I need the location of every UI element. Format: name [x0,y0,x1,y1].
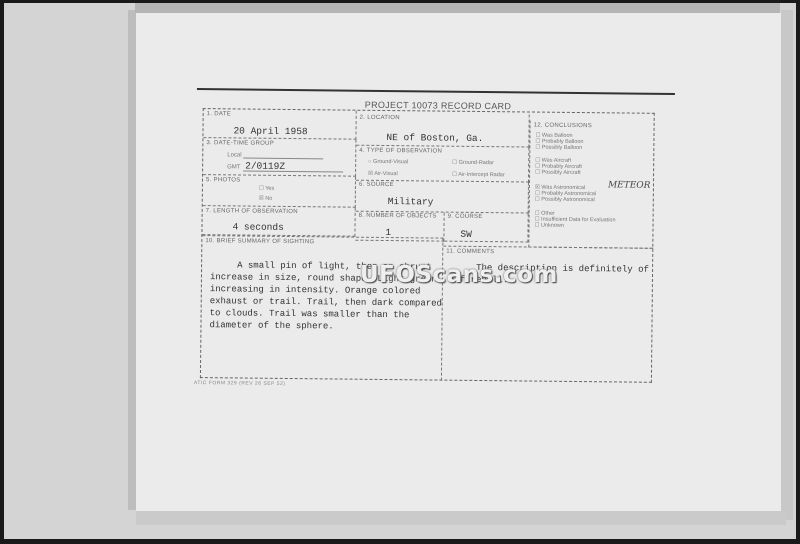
course-value: SW [460,229,472,240]
card-grid: 1. DATE 20 April 1958 2. LOCATION NE of … [200,108,655,383]
local-line [243,158,323,160]
photos-cell: 5. PHOTOS ☐ Yes ☒ No [203,175,356,208]
source-label: 6. SOURCE [359,182,394,188]
conclusions-label: 12. CONCLUSIONS [534,123,593,130]
conclusion-unknown[interactable]: ☐ Unknown [535,223,564,229]
date-time-group-cell: 3. DATE-TIME GROUP Local GMT 2/0119Z [203,138,356,177]
type-of-observation-cell: 4. TYPE OF OBSERVATION ○ Ground-Visual ☐… [356,146,529,183]
course-cell: 9. COURSE SW [444,213,528,243]
form-number: ATIC FORM 329 (REV 26 SEP 52) [194,380,286,387]
card-top-rule [197,88,675,95]
photos-yes-option[interactable]: ☐ Yes [259,186,274,192]
location-label: 2. LOCATION [360,115,400,121]
conclusion-possibly-balloon[interactable]: ☐ Possibly Balloon [535,145,582,151]
gmt-line [243,171,343,173]
comments-label: 11. COMMENTS [446,249,494,256]
conclusion-possibly-astronomical[interactable]: ☐ Possibly Astronomical [535,197,595,204]
local-label: Local [227,152,241,158]
number-of-objects-label: 8. NUMBER OF OBJECTS [359,213,437,220]
record-card: PROJECT 10073 RECORD CARD 1. DATE 20 Apr… [192,84,675,409]
watermark: UFOScans.com [360,262,558,288]
page-right-edge [781,10,793,520]
date-time-group-label: 3. DATE-TIME GROUP [206,140,274,147]
length-of-observation-cell: 7. LENGTH OF OBSERVATION 4 seconds [202,206,355,237]
photos-label: 5. PHOTOS [206,177,241,183]
source-cell: 6. SOURCE Military [356,181,529,214]
conclusion-possibly-aircraft[interactable]: ☐ Possibly Aircraft [535,170,581,176]
length-of-observation-label: 7. LENGTH OF OBSERVATION [206,208,298,215]
date-value: 20 April 1958 [233,125,307,137]
brief-summary-label: 10. BRIEF SUMMARY OF SIGHTING [205,238,314,245]
date-cell: 1. DATE 20 April 1958 [203,109,356,140]
course-label: 9. COURSE [448,214,483,220]
location-cell: 2. LOCATION NE of Boston, Ga. [356,113,529,148]
location-value: NE of Boston, Ga. [386,132,483,144]
page-top-strip [135,3,780,13]
page-left-shadow [128,10,136,510]
date-label: 1. DATE [207,111,231,117]
type-of-observation-label: 4. TYPE OF OBSERVATION [359,148,442,155]
ground-radar-option[interactable]: ☐ Ground-Radar [452,160,494,166]
photos-no-option[interactable]: ☒ No [259,196,273,202]
source-value: Military [388,196,434,207]
air-intercept-radar-option[interactable]: ☐ Air-Intercept Radar [452,172,505,179]
page-bottom-shadow [136,511,786,525]
length-of-observation-value: 4 seconds [232,221,283,233]
air-visual-option[interactable]: ☒ Air-Visual [368,171,398,177]
ground-visual-option[interactable]: ○ Ground-Visual [368,159,408,165]
gmt-label: GMT [227,164,240,170]
handwritten-meteor-note: METEOR [608,180,651,190]
conclusions-cell: 12. CONCLUSIONS ☐ Was Balloon ☐ Probably… [528,121,654,249]
